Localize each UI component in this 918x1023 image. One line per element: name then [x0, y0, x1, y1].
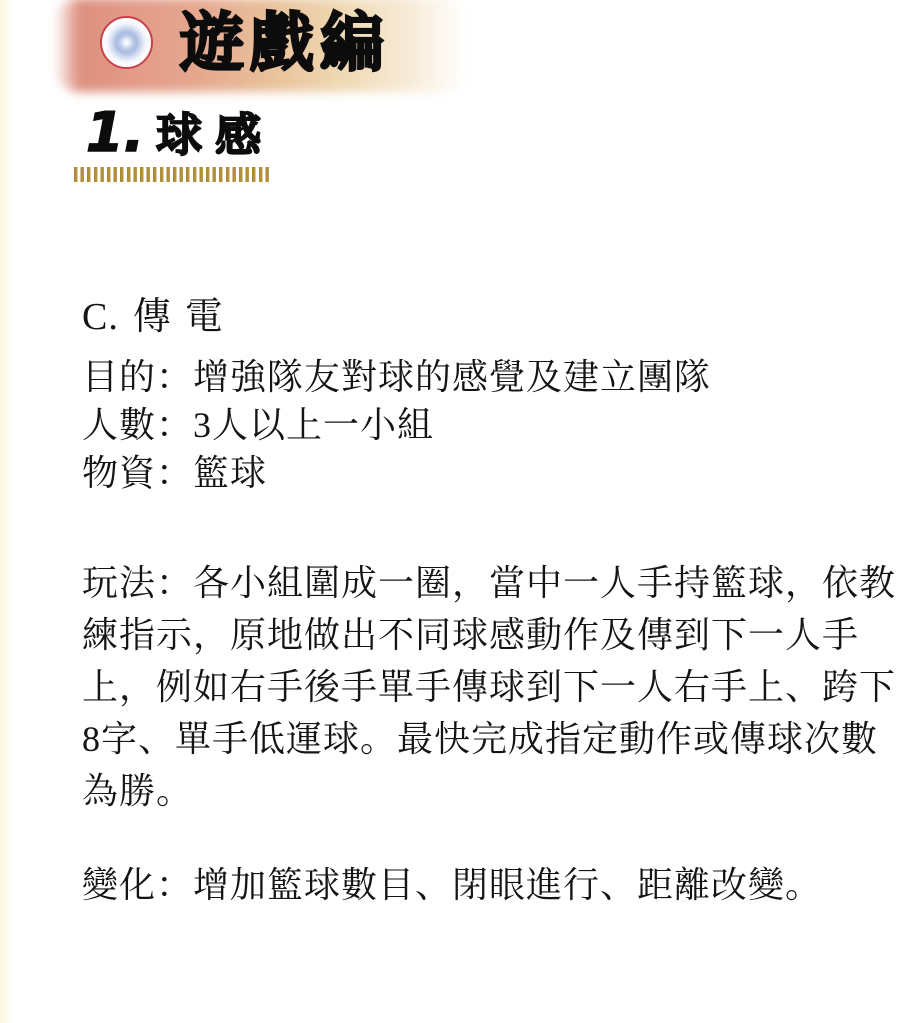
howto-line: 8字、單手低運球。最快完成指定動作或傳球次數 — [82, 713, 896, 765]
variation-line: 變化：增加籃球數目、閉眼進行、距離改變。 — [82, 859, 822, 911]
page: { "document": { "header": { "title": "遊戲… — [0, 0, 918, 1023]
game-info-block: 目的：增強隊友對球的感覺及建立團隊 人數：3人以上一小組 物資：籃球 — [82, 353, 711, 497]
dashed-underline — [74, 167, 272, 182]
game-title-line: C.傳電 — [82, 295, 237, 339]
players-line: 人數：3人以上一小組 — [82, 401, 711, 449]
howto-line: 玩法：各小組圍成一圈，當中一人手持籃球，依教 — [82, 557, 896, 609]
howto-line: 為勝。 — [82, 765, 896, 817]
page-title: 遊戲編 — [180, 2, 390, 86]
howto-line: 練指示，原地做出不同球感動作及傳到下一人手 — [82, 609, 896, 661]
page-edge-shading — [0, 0, 15, 1023]
howto-paragraph: 玩法：各小組圍成一圈，當中一人手持籃球，依教 練指示，原地做出不同球感動作及傳到… — [82, 557, 896, 817]
howto-line: 上，例如右手後手單手傳球到下一人右手上、跨下 — [82, 661, 896, 713]
game-code: C. — [82, 296, 119, 338]
equipment-line: 物資：籃球 — [82, 449, 711, 497]
section-number: 1. — [86, 103, 144, 163]
target-circle-icon — [100, 16, 153, 69]
purpose-line: 目的：增強隊友對球的感覺及建立團隊 — [82, 353, 711, 401]
section-title: 球感 — [156, 105, 274, 165]
game-name: 傳電 — [133, 296, 237, 338]
section-heading: 1. 球感 — [86, 103, 274, 165]
